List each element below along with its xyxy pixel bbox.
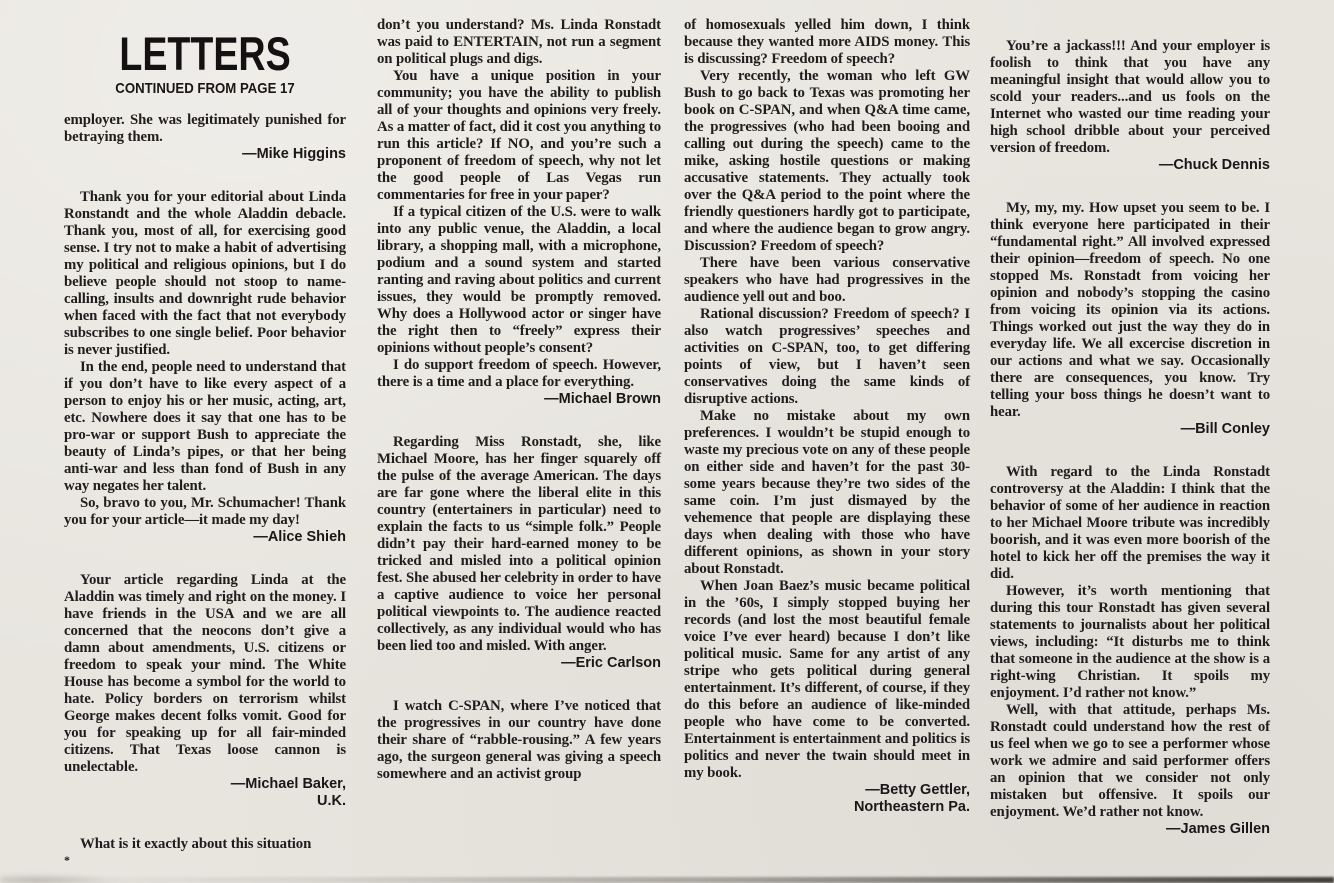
letter-signature: —Mike Higgins — [64, 146, 346, 163]
letter-paragraph: With regard to the Linda Ronstadt contro… — [990, 464, 1270, 583]
letter-paragraph: In the end, people need to understand th… — [64, 359, 346, 495]
letter-signature: —James Gillen — [990, 821, 1270, 838]
letter-paragraph: Thank you for your editorial about Linda… — [64, 189, 346, 359]
letter-paragraph: Make no mistake about my own preferences… — [684, 408, 970, 578]
column-3: of homosexuals yelled him down, I think … — [684, 17, 970, 816]
letter-paragraph: of homosexuals yelled him down, I think … — [684, 17, 970, 68]
letter-paragraph: My, my, my. How upset you seem to be. I … — [990, 200, 1270, 421]
section-title: LETTERS — [92, 30, 318, 78]
print-mark: * — [64, 853, 346, 867]
scan-edge-shadow — [0, 877, 1334, 883]
letter-paragraph: employer. She was legitimately punished … — [64, 112, 346, 146]
letter-paragraph: I watch C-SPAN, where I’ve noticed that … — [377, 698, 661, 783]
letter-signature: —Alice Shieh — [64, 529, 346, 546]
letter-signature: —Michael Brown — [377, 391, 661, 408]
letter-paragraph: Regarding Miss Ronstadt, she, like Micha… — [377, 434, 661, 655]
column-3-body: of homosexuals yelled him down, I think … — [684, 17, 970, 816]
letter-paragraph: However, it’s worth mentioning that duri… — [990, 583, 1270, 702]
column-2: don’t you understand? Ms. Linda Ronstadt… — [377, 17, 661, 783]
letter-signature: U.K. — [64, 793, 346, 810]
letter-paragraph: There have been various conservative spe… — [684, 255, 970, 306]
letter-paragraph: I do support freedom of speech. However,… — [377, 357, 661, 391]
letter-paragraph: Your article regarding Linda at the Alad… — [64, 572, 346, 776]
letters-masthead: LETTERS CONTINUED FROM PAGE 17 — [64, 30, 346, 98]
column-1: LETTERS CONTINUED FROM PAGE 17 employer.… — [64, 30, 346, 867]
letter-signature: —Chuck Dennis — [990, 157, 1270, 174]
letter-paragraph: Very recently, the woman who left GW Bus… — [684, 68, 970, 255]
column-4: You’re a jackass!!! And your employer is… — [990, 38, 1270, 838]
letter-paragraph: So, bravo to you, Mr. Schumacher! Thank … — [64, 495, 346, 529]
letter-paragraph: When Joan Baez’s music became political … — [684, 578, 970, 782]
letter-paragraph: Rational discussion? Freedom of speech? … — [684, 306, 970, 408]
newspaper-letters-page: LETTERS CONTINUED FROM PAGE 17 employer.… — [0, 0, 1334, 883]
letter-paragraph: Well, with that attitude, perhaps Ms. Ro… — [990, 702, 1270, 821]
letter-paragraph: What is it exactly about this situation — [64, 836, 346, 853]
continued-from-note: CONTINUED FROM PAGE 17 — [81, 80, 329, 98]
letter-signature: —Eric Carlson — [377, 655, 661, 672]
letter-paragraph: You’re a jackass!!! And your employer is… — [990, 38, 1270, 157]
letter-signature: Northeastern Pa. — [684, 799, 970, 816]
letter-signature: —Bill Conley — [990, 421, 1270, 438]
letter-paragraph: don’t you understand? Ms. Linda Ronstadt… — [377, 17, 661, 68]
column-4-body: You’re a jackass!!! And your employer is… — [990, 38, 1270, 838]
column-2-body: don’t you understand? Ms. Linda Ronstadt… — [377, 17, 661, 783]
letter-signature: —Michael Baker, — [64, 776, 346, 793]
column-1-body: employer. She was legitimately punished … — [64, 112, 346, 867]
letter-paragraph: If a typical citizen of the U.S. were to… — [377, 204, 661, 357]
letter-paragraph: You have a unique position in your commu… — [377, 68, 661, 204]
letter-signature: —Betty Gettler, — [684, 782, 970, 799]
